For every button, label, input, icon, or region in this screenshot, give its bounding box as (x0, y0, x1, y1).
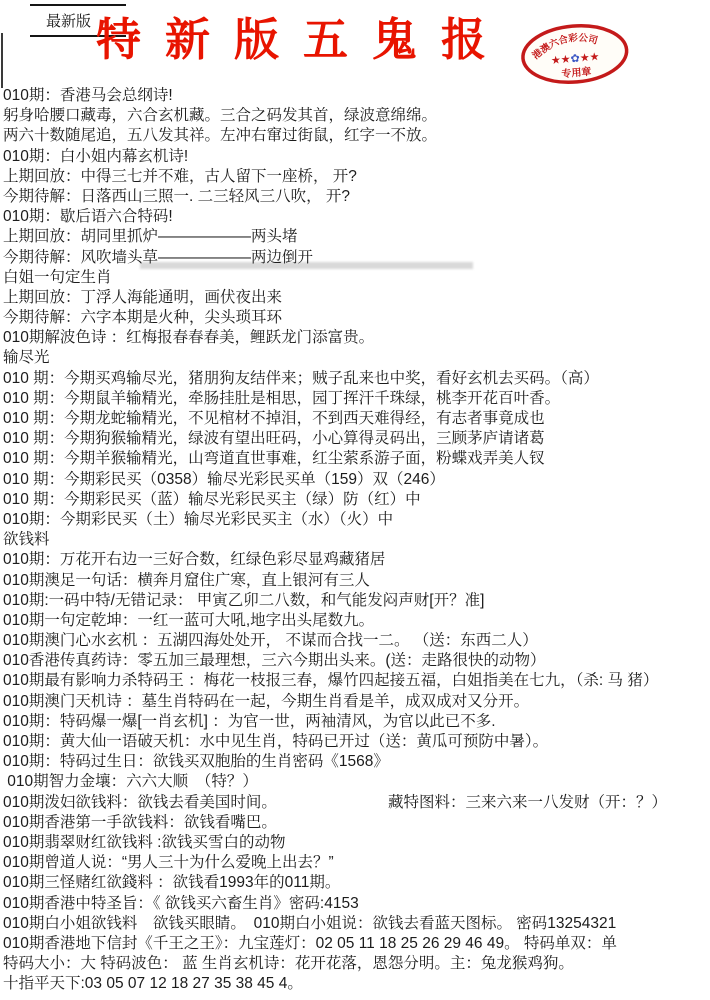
text-line: 上期回放：胡同里抓炉——————两头堵 (3, 227, 709, 247)
page-title: 特新版五鬼报 (96, 16, 510, 66)
text-line: 010期：黄大仙一语破天机：水中见生肖，特码已开过（送：黄瓜可预防中暑）。 (3, 732, 709, 752)
text-line: 010期澳门天机诗 ：墓生肖特码在一起，今期生肖看是羊，成双成对又分开。 (3, 692, 709, 712)
text-line-content: 010 期：今期龙蛇输精光，不见棺材不掉泪，不到西天难得经，有志者事竟成也 (3, 410, 545, 427)
text-line-content: 010期：白小姐内幕玄机诗! (3, 148, 188, 165)
text-line: 010期：今期彩民买（土）输尽光彩民买主（水）（火）中 (3, 510, 709, 530)
text-line-content: 010期：香港马会总纲诗! (3, 87, 173, 104)
text-line-content: 010香港传真药诗：零五加三最理想，三六今期出头来。(送：走路很快的动物） (3, 652, 546, 669)
text-line: 010 期：今期鼠羊输精光，牵肠挂肚是相思，园丁挥汗千珠绿，桃李开花百叶香。 (3, 389, 709, 409)
text-line-content: 010期三怪赌红欲錢料 ：欲钱看1993年的011期。 (3, 874, 340, 891)
stamp-graphic: 港澳六合彩公司 ★★✿★★ 专用章 (515, 17, 634, 91)
text-line: 010期智力金壤：六六大顺 （特？） (3, 772, 709, 792)
text-line-content: 010期香港中特圣旨：《 欲钱买六畜生肖》密码:4153 (3, 895, 359, 912)
text-line-content: 十指平天下:03 05 07 12 18 27 35 38 45 4。 (3, 975, 303, 992)
text-line: 010期：万花开右边一三好合数，红绿色彩尽显鸡藏猪居 (3, 550, 709, 570)
text-line: 010期三怪赌红欲錢料 ：欲钱看1993年的011期。 (3, 873, 709, 893)
text-line: 010期一句定乾坤：一红一蓝可大吼,地字出头尾数九。 (3, 611, 709, 631)
company-stamp: 港澳六合彩公司 ★★✿★★ 专用章 (515, 17, 635, 96)
text-line: 010 期：今期羊猴输精光，山弯道直世事难，红尘萦系游子面，粉蝶戏弄美人钗 (3, 449, 709, 469)
text-line: 两六十数随尾追，五八发其祥。左冲右窜过街鼠，红字一不放。 (3, 126, 709, 146)
text-line: 010 期：今期彩民买（0358）输尽光彩民买单（159）双（246） (3, 470, 709, 490)
text-line: 010期:一码中特/无错记录： 甲寅乙卯二八数，和气能发闷声财[开？准] (3, 591, 709, 611)
text-line-content: 今期待解：风吹墙头草——————两边倒开 (3, 249, 313, 266)
text-line-content: 010期一句定乾坤：一红一蓝可大吼,地字出头尾数九。 (3, 612, 374, 629)
text-line-content: 010 期：今期狗猴输精光，绿波有望出旺码，小心算得灵码出，三顾茅庐请诸葛 (3, 430, 545, 447)
text-line-content: 欲钱料 (3, 531, 50, 548)
text-line-content: 010期解波色诗 ：红梅报春春春美，鲤跃龙门添富贵。 (3, 329, 374, 346)
text-line: 白姐一句定生肖 (3, 268, 709, 288)
text-line-content: 上期回放：中得三七并不难，古人留下一座桥， 开? (3, 168, 357, 185)
text-line-content: 010期最有影响力杀特码王 ：梅花一枝报三春，爆竹四起接五福，白姐指美在七九，（… (3, 672, 658, 689)
text-line-content: 010期澳门心水玄机 ：五湖四海处处开， 不谋而合找一二。 （送：东西二人） (3, 632, 538, 649)
body-lines: 010期：香港马会总纲诗!躬身哈腰口藏毒，六合玄机藏。三合之码发其首，绿波意绵绵… (3, 86, 709, 994)
text-line-content: 010期：万花开右边一三好合数，红绿色彩尽显鸡藏猪居 (3, 551, 385, 568)
text-line-content: 上期回放：丁浮人海能通明，画伏夜出来 (3, 289, 282, 306)
text-line-content: 010 期：今期买鸡输尽光，猪朋狗友结伴来；贼子乱来也中奖，看好玄机去买码。（高… (3, 370, 599, 387)
text-line: 今期待解：日落西山三照一. 二三轻风三八吹， 开? (3, 187, 709, 207)
text-line: 上期回放：丁浮人海能通明，画伏夜出来 (3, 288, 709, 308)
text-line: 010 期：今期彩民买（蓝）输尽光彩民买主（绿）防（红）中 (3, 490, 709, 510)
text-line: 输尽光 (3, 348, 709, 368)
scan-artifact-line (1, 33, 3, 88)
text-line: 010 期：今期龙蛇输精光，不见棺材不掉泪，不到西天难得经，有志者事竟成也 (3, 409, 709, 429)
text-line-content: 010期白小姐欲钱料 欲钱买眼睛。 010期白小姐说：欲钱去看蓝天图标。 密码1… (3, 915, 616, 932)
text-line-content: 今期待解：日落西山三照一. 二三轻风三八吹， 开? (3, 188, 350, 205)
stamp-stars-left: ★★ (550, 53, 571, 67)
text-line: 欲钱料 (3, 530, 709, 550)
text-line: 今期待解：风吹墙头草——————两边倒开 (3, 248, 709, 268)
page-header: 最新版 特新版五鬼报 港澳六合彩公司 ★★✿★★ 专用章 (0, 0, 710, 88)
text-line: 010 期：今期买鸡输尽光，猪朋狗友结伴来；贼子乱来也中奖，看好玄机去买码。（高… (3, 369, 709, 389)
text-line: 010期泼妇欲钱料：欲钱去看美国时间。藏特图料：三来六来一八发财（开：？） (3, 793, 709, 813)
text-line-content: 输尽光 (3, 349, 50, 366)
text-line: 010期澳门心水玄机 ：五湖四海处处开， 不谋而合找一二。 （送：东西二人） (3, 631, 709, 651)
text-line: 010期最有影响力杀特码王 ：梅花一枝报三春，爆竹四起接五福，白姐指美在七九，（… (3, 671, 709, 691)
text-line-content: 010 期：今期彩民买（0358）输尽光彩民买单（159）双（246） (3, 471, 445, 488)
text-line: 010期澳足一句话：横奔月窟住广寒，直上银河有三人 (3, 571, 709, 591)
text-line: 010期：歇后语六合特码! (3, 207, 709, 227)
text-line: 010期：白小姐内幕玄机诗! (3, 147, 709, 167)
text-line: 010期白小姐欲钱料 欲钱买眼睛。 010期白小姐说：欲钱去看蓝天图标。 密码1… (3, 914, 709, 934)
text-line: 今期待解：六字本期是火种，尖头琐耳环 (3, 308, 709, 328)
text-line-content: 010期曾道人说：“男人三十为什么爱晚上出去？” (3, 854, 334, 871)
text-line-content: 010 期：今期鼠羊输精光，牵肠挂肚是相思，园丁挥汗千珠绿，桃李开花百叶香。 (3, 390, 560, 407)
text-line-content: 010期香港地下信封《千王之王》：九宝莲灯：02 05 11 18 25 26 … (3, 935, 617, 952)
text-line: 010期香港中特圣旨：《 欲钱买六畜生肖》密码:4153 (3, 894, 709, 914)
text-line-content: 010期智力金壤：六六大顺 （特？） (3, 773, 258, 790)
text-line: 010期香港地下信封《千王之王》：九宝莲灯：02 05 11 18 25 26 … (3, 934, 709, 954)
text-line: 上期回放：中得三七并不难，古人留下一座桥， 开? (3, 167, 709, 187)
text-line-right-content: 藏特图料：三来六来一八发财（开：？） (388, 793, 667, 813)
text-line: 特码大小：大 特码波色： 蓝 生肖玄机诗：花开花落，恩怨分明。主：兔龙猴鸡狗。 (3, 954, 709, 974)
text-line: 010期：特码过生日：欲钱买双胞胎的生肖密码《1568》 (3, 752, 709, 772)
text-line: 010期香港第一手欲钱料：欲钱看嘴巴。 (3, 813, 709, 833)
text-line: 010期：香港马会总纲诗! (3, 86, 709, 106)
text-line-content: 010期：特码爆一爆[一肖玄机] ：为官一世，两袖清风，为官以此已不多. (3, 713, 496, 730)
text-line: 010期翡翠财红欲钱料 :欲钱买雪白的动物 (3, 833, 709, 853)
text-line-content: 010期泼妇欲钱料：欲钱去看美国时间。 (3, 794, 277, 811)
stamp-stars-right: ★★ (579, 51, 600, 65)
text-line: 躬身哈腰口藏毒，六合玄机藏。三合之码发其首，绿波意绵绵。 (3, 106, 709, 126)
text-line: 十指平天下:03 05 07 12 18 27 35 38 45 4。 (3, 974, 709, 994)
text-line-content: 010期：黄大仙一语破天机：水中见生肖，特码已开过（送：黄瓜可预防中暑）。 (3, 733, 548, 750)
text-line-content: 010期：歇后语六合特码! (3, 208, 173, 225)
text-line-content: 上期回放：胡同里抓炉——————两头堵 (3, 228, 298, 245)
text-line-content: 010期：特码过生日：欲钱买双胞胎的生肖密码《1568》 (3, 753, 389, 770)
edition-label: 最新版 (46, 13, 91, 30)
text-line: 010期：特码爆一爆[一肖玄机] ：为官一世，两袖清风，为官以此已不多. (3, 712, 709, 732)
text-line: 010香港传真药诗：零五加三最理想，三六今期出头来。(送：走路很快的动物） (3, 651, 709, 671)
text-line-content: 010期翡翠财红欲钱料 :欲钱买雪白的动物 (3, 834, 285, 851)
text-line-content: 010期:一码中特/无错记录： 甲寅乙卯二八数，和气能发闷声财[开？准] (3, 592, 484, 609)
text-line-content: 白姐一句定生肖 (3, 269, 112, 286)
text-line-content: 010期：今期彩民买（土）输尽光彩民买主（水）（火）中 (3, 511, 393, 528)
text-line: 010期曾道人说：“男人三十为什么爱晚上出去？” (3, 853, 709, 873)
text-line-content: 010期澳门天机诗 ：墓生肖特码在一起，今期生肖看是羊，成双成对又分开。 (3, 693, 529, 710)
text-line-content: 两六十数随尾追，五八发其祥。左冲右窜过街鼠，红字一不放。 (3, 127, 437, 144)
text-line-content: 今期待解：六字本期是火种，尖头琐耳环 (3, 309, 282, 326)
text-line-content: 010期澳足一句话：横奔月窟住广寒，直上银河有三人 (3, 572, 370, 589)
text-line: 010 期：今期狗猴输精光，绿波有望出旺码，小心算得灵码出，三顾茅庐请诸葛 (3, 429, 709, 449)
text-line-content: 010期香港第一手欲钱料：欲钱看嘴巴。 (3, 814, 277, 831)
text-line: 010期解波色诗 ：红梅报春春春美，鲤跃龙门添富贵。 (3, 328, 709, 348)
five-ghost-report-page: { "header": { "edition_label": "最新版", "t… (0, 0, 710, 1000)
text-line-content: 010 期：今期羊猴输精光，山弯道直世事难，红尘萦系游子面，粉蝶戏弄美人钗 (3, 450, 545, 467)
text-line-content: 躬身哈腰口藏毒，六合玄机藏。三合之码发其首，绿波意绵绵。 (3, 107, 437, 124)
text-line-content: 特码大小：大 特码波色： 蓝 生肖玄机诗：花开花落，恩怨分明。主：兔龙猴鸡狗。 (3, 955, 574, 972)
text-line-content: 010 期：今期彩民买（蓝）输尽光彩民买主（绿）防（红）中 (3, 491, 421, 508)
